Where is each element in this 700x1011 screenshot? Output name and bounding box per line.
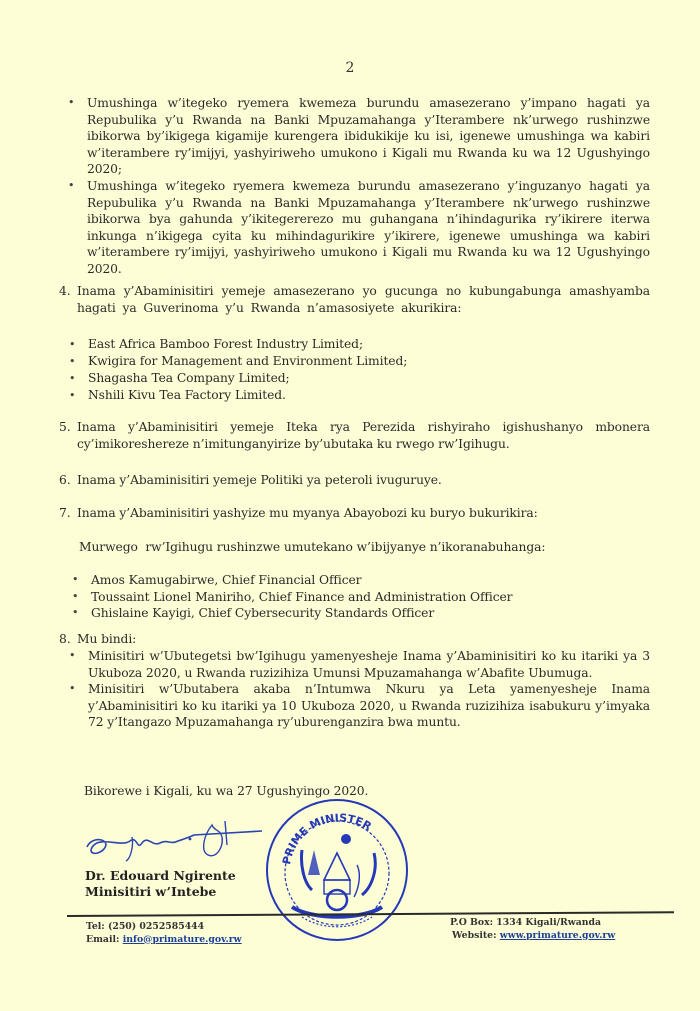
institution-heading: Murwego rw’Igihugu rushinzwe umutekano w… [79,539,652,556]
list-item: East Africa Bamboo Forest Industry Limit… [88,336,608,353]
footer-contact-right: P.O Box: 1334 Kigali/Rwanda Website: www… [450,917,615,942]
email-link[interactable]: info@primature.gov.rw [123,934,242,945]
company-list: East Africa Bamboo Forest Industry Limit… [88,336,608,404]
item-4: 4. Inama y’Abaminisitiri yemeje amasezer… [77,283,650,316]
item-number: 5. [59,419,71,436]
list-item: Kwigira for Management and Environment L… [88,353,608,370]
item-text: Inama y’Abaminisitiri yemeje Iteka rya P… [77,419,650,452]
item-text: Inama y’Abaminisitiri yashyize mu myanya… [77,505,650,522]
other-notes-list: Minisitiri w’Ubutegetsi bw’Igihugu yamen… [88,648,650,731]
list-item: Toussaint Lionel Maniriho, Chief Finance… [91,589,611,606]
prime-minister-stamp-icon: PRIME MINISTER [262,795,412,945]
list-item: Umushinga w’itegeko ryemera kwemeza buru… [87,95,650,178]
footer-pobox: P.O Box: 1334 Kigali/Rwanda [450,917,615,930]
list-item: Minisitiri w’Ubutabera akaba n’Intumwa N… [88,681,650,731]
signatory-block: Dr. Edouard Ngirente Minisitiri w’Intebe [85,868,236,900]
intro-bullet-list: Umushinga w’itegeko ryemera kwemeza buru… [87,95,650,278]
list-item: Minisitiri w’Ubutegetsi bw’Igihugu yamen… [88,648,650,681]
item-number: 4. [59,283,71,300]
footer-email-label: Email: [86,934,123,945]
item-6: 6. Inama y’Abaminisitiri yemeje Politiki… [77,472,650,489]
footer-email-row: Email: info@primature.gov.rw [86,934,242,947]
signatory-title: Minisitiri w’Intebe [85,884,236,900]
document-page: 2 Umushinga w’itegeko ryemera kwemeza bu… [0,0,700,1011]
item-text: Inama y’Abaminisitiri yemeje Politiki ya… [77,472,650,489]
item-5: 5. Inama y’Abaminisitiri yemeje Iteka ry… [77,419,650,452]
svg-text:PRIME MINISTER: PRIME MINISTER [280,811,374,865]
item-7: 7. Inama y’Abaminisitiri yashyize mu mya… [77,505,650,522]
item-number: 8. [59,631,71,648]
signatory-name: Dr. Edouard Ngirente [85,868,236,884]
footer-website-label: Website: [452,930,500,941]
signature-icon [82,817,267,867]
item-8: 8. Mu bindi: [77,631,650,648]
list-item: Shagasha Tea Company Limited; [88,370,608,387]
list-item: Umushinga w’itegeko ryemera kwemeza buru… [87,178,650,278]
item-text: Mu bindi: [77,631,650,648]
item-number: 7. [59,505,71,522]
item-text: Inama y’Abaminisitiri yemeje amasezerano… [77,283,650,316]
website-link[interactable]: www.primature.gov.rw [500,930,616,941]
page-number: 2 [0,60,700,76]
item-number: 6. [59,472,71,489]
footer-contact-left: Tel: (250) 0252585444 Email: info@primat… [86,921,242,946]
footer-website-row: Website: www.primature.gov.rw [450,930,615,943]
list-item: Amos Kamugabirwe, Chief Financial Office… [91,572,611,589]
list-item: Nshili Kivu Tea Factory Limited. [88,387,608,404]
footer-tel: Tel: (250) 0252585444 [86,921,242,934]
list-item: Ghislaine Kayigi, Chief Cybersecurity St… [91,605,611,622]
stamp-text: PRIME MINISTER [280,811,374,865]
appointee-list: Amos Kamugabirwe, Chief Financial Office… [91,572,611,622]
